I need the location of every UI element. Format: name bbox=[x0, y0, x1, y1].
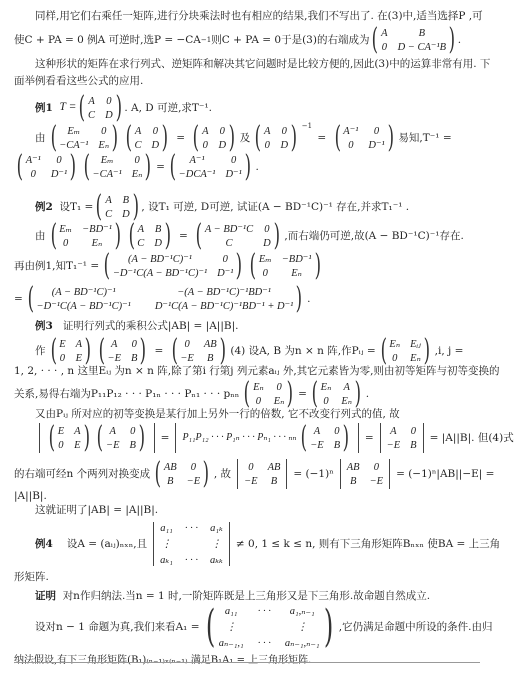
matrix-body: A0 CD bbox=[88, 95, 113, 122]
period: . bbox=[307, 293, 310, 306]
det-bar bbox=[39, 423, 40, 453]
text: , 故 bbox=[214, 468, 231, 481]
example-3-line7: |A||B|. bbox=[14, 490, 47, 503]
text: 对n作归纳法.当n = 1 时,一阶矩阵既是上三角形又是下三角形.故命题自然成立… bbox=[63, 590, 430, 602]
cell: C bbox=[137, 237, 144, 250]
matrix-body: (A − BD⁻¹C)⁻¹0−D⁻¹C(A − BD⁻¹C)⁻¹D⁻¹ bbox=[113, 253, 234, 280]
matrix: ( 0AB−EB) bbox=[169, 336, 229, 366]
matrix-body: EₙEᵢⱼ0Eₙ bbox=[389, 338, 421, 365]
left-paren: ( bbox=[79, 93, 85, 123]
cell: 0 bbox=[58, 439, 64, 452]
proof-line-1: 证明 对n作归纳法.当n = 1 时,一阶矩阵既是上三角形又是下三角形.故命题自… bbox=[35, 590, 430, 603]
equals: = bbox=[173, 132, 188, 145]
equals: = bbox=[14, 293, 23, 306]
example-3-line2: 1, 2, · · · , n 这里Eᵢⱼ 为n × n 阵,除了第i 行第j … bbox=[14, 365, 500, 378]
right-paren: ) bbox=[165, 221, 171, 251]
equals: = bbox=[151, 345, 166, 358]
det-bar bbox=[175, 423, 176, 453]
matrix-body: EₙA0Eₙ bbox=[321, 381, 352, 408]
matrix: ( (A − BD⁻¹C)⁻¹0−D⁻¹C(A − BD⁻¹C)⁻¹D⁻¹) bbox=[101, 251, 245, 281]
matrix-body: Eₙ00Eₙ bbox=[253, 381, 284, 408]
matrix: ( EₙA0Eₙ) bbox=[309, 379, 364, 409]
right-paren: ) bbox=[139, 423, 145, 453]
right-paren: ) bbox=[291, 123, 297, 153]
cell: AB bbox=[347, 461, 360, 474]
cell: −E bbox=[244, 475, 258, 488]
cell: −CA⁻¹ bbox=[93, 168, 122, 181]
cell: Eₙ bbox=[282, 267, 312, 280]
text: ,它仍满足命题中所设的条件.由归 bbox=[339, 621, 493, 634]
text: 设对n − 1 命题为真,我们来看A₁ = bbox=[35, 621, 200, 634]
left-paren: ( bbox=[49, 423, 55, 453]
matrix-body: A − BD⁻¹C0CD bbox=[205, 223, 271, 250]
text: = |A||B|. 但(4)式 bbox=[430, 432, 514, 445]
left-paren: ( bbox=[301, 423, 307, 453]
matrix: ( EA0E) bbox=[48, 336, 94, 366]
cell: A bbox=[108, 338, 122, 351]
cell: AB bbox=[204, 338, 217, 351]
cell: 0 bbox=[225, 154, 241, 167]
matrix-body: ABCD bbox=[137, 223, 162, 250]
right-paren: ) bbox=[112, 123, 118, 153]
cell: −E bbox=[387, 439, 401, 452]
right-paren: ) bbox=[449, 25, 455, 55]
cell: (A − BD⁻¹C)⁻¹ bbox=[113, 253, 207, 266]
left-paren: ( bbox=[205, 605, 214, 649]
right-paren: ) bbox=[83, 423, 89, 453]
left-paren: ( bbox=[380, 336, 386, 366]
example-3-statement: 例3 证明行列式的乘积公式|AB| = |A||B|. bbox=[35, 320, 238, 333]
cell: B bbox=[122, 194, 130, 207]
cell: Eₙ bbox=[321, 381, 332, 394]
text: 由 bbox=[35, 132, 46, 145]
determinant-body: a₁₁· · ·a₁ₖ ⋮⋮ aₖ₁· · ·aₖₖ bbox=[160, 522, 223, 567]
cell: 0 bbox=[253, 395, 264, 408]
text: 证明行列式的乘积公式|AB| = |A||B|. bbox=[63, 320, 239, 332]
example-3-line4: 又由Pᵢⱼ 所对应的初等变换是某行加上另外一行的倍数, 它不改变行列式的值, 故 bbox=[35, 408, 400, 421]
left-paren: ( bbox=[83, 152, 89, 182]
example-4-statement: 例4 设A = (aᵢⱼ)ₙₓₙ,且 a₁₁· · ·a₁ₖ ⋮⋮ aₖ₁· ·… bbox=[35, 522, 500, 566]
text: . A, D 可逆,求T⁻¹. bbox=[124, 102, 212, 115]
cell: A bbox=[264, 125, 270, 138]
matrix-body: A⁻¹00D⁻¹ bbox=[343, 125, 384, 152]
example-label: 例3 bbox=[35, 320, 53, 332]
matrix-body: AB 0D − CA⁻¹B bbox=[381, 27, 446, 54]
det-bar bbox=[380, 423, 381, 453]
cell: −DCA⁻¹ bbox=[179, 168, 216, 181]
cell: · · · bbox=[185, 554, 198, 567]
right-paren: ) bbox=[115, 93, 121, 123]
proof-line-2: 设对n − 1 命题为真,我们来看A₁ = ( a₁₁· · ·a₁,ₙ₋₁ ⋮… bbox=[35, 604, 492, 650]
det-bar bbox=[389, 459, 390, 489]
cell: 0 bbox=[259, 267, 272, 280]
cell: 0 bbox=[218, 125, 226, 138]
cell: B bbox=[334, 439, 340, 452]
cell: aₖ₁ bbox=[160, 554, 173, 567]
example-1-proof-line: 由 ( Eₘ0−CA⁻¹Eₙ) ( A0CD) = ( A00D) 及 ( A0… bbox=[35, 123, 452, 153]
cell: A⁻¹ bbox=[343, 125, 358, 138]
cell: E bbox=[59, 338, 65, 351]
cell: A bbox=[105, 194, 112, 207]
period: . bbox=[366, 388, 369, 401]
right-paren: ) bbox=[314, 251, 320, 281]
cell: Eₘ bbox=[59, 125, 88, 138]
left-paren: ( bbox=[171, 336, 177, 366]
cell: AB bbox=[268, 461, 281, 474]
left-paren: ( bbox=[104, 251, 110, 281]
text: ,而右端仍可逆,故(A − BD⁻¹C)⁻¹存在. bbox=[284, 230, 463, 243]
determinant-body: A0−EB bbox=[387, 425, 417, 452]
cell: 0 bbox=[321, 395, 332, 408]
cell: 0 bbox=[98, 125, 109, 138]
cell: 0 bbox=[202, 139, 208, 152]
cell: B bbox=[130, 439, 136, 452]
text: ≠ 0, 1 ≤ k ≤ n, 则有下三角形矩阵Bₙₓₙ 使BA = 上三角 bbox=[236, 538, 500, 551]
cell: · · · bbox=[258, 637, 271, 650]
cell: a₁,ₙ₋₁ bbox=[285, 605, 320, 618]
matrix-body: Eₘ0−CA⁻¹Eₙ bbox=[93, 154, 143, 181]
cell: ⋮ bbox=[285, 621, 320, 634]
cell: 0 bbox=[370, 461, 384, 474]
cell: E bbox=[76, 352, 82, 365]
cell: A⁻¹ bbox=[26, 154, 41, 167]
example-1-result-line: ( A⁻¹00D⁻¹) ( Eₘ0−CA⁻¹Eₙ) = ( A⁻¹0−DCA⁻¹… bbox=[14, 152, 259, 182]
matrix: ( AB0B−E) bbox=[152, 459, 212, 489]
cell: D bbox=[280, 139, 288, 152]
right-paren: ) bbox=[424, 336, 430, 366]
cell: Eₙ bbox=[410, 352, 421, 365]
equals: = bbox=[176, 230, 191, 243]
cell: A − BD⁻¹C bbox=[205, 223, 253, 236]
cell: C bbox=[205, 237, 253, 250]
right-paren: ) bbox=[387, 123, 393, 153]
matrix: ( A00D) bbox=[190, 123, 237, 153]
matrix-body: A⁻¹00D⁻¹ bbox=[26, 154, 67, 181]
matrix: ( Eₙ00Eₙ) bbox=[241, 379, 296, 409]
example-2-proof-line: 由 ( Eₘ−BD⁻¹0Eₙ) ( ABCD) = ( A − BD⁻¹C0CD… bbox=[35, 221, 464, 251]
text: 再由例1,知T₁⁻¹ = bbox=[14, 260, 99, 273]
cell: 0 bbox=[130, 425, 136, 438]
matrix: ( A⁻¹00D⁻¹) bbox=[332, 123, 397, 153]
cell: 0 bbox=[59, 237, 72, 250]
matrix: ( A − BD⁻¹C0CD) bbox=[193, 221, 282, 251]
right-paren: ) bbox=[296, 284, 302, 314]
cell: AB bbox=[164, 461, 177, 474]
left-paren: ( bbox=[98, 336, 104, 366]
cell: 0 bbox=[26, 168, 41, 181]
left-paren: ( bbox=[155, 459, 161, 489]
matrix-body: (A − BD⁻¹C)⁻¹−(A − BD⁻¹C)⁻¹BD⁻¹−D⁻¹C(A −… bbox=[37, 286, 294, 313]
cell: B bbox=[398, 27, 446, 40]
determinant-body: AB0B−E bbox=[347, 461, 383, 488]
cell: 0 bbox=[51, 154, 67, 167]
text: 易知,T⁻¹ = bbox=[398, 132, 451, 145]
cell: 0 bbox=[264, 139, 270, 152]
right-paren: ) bbox=[140, 336, 146, 366]
text: 关系,易得右端为P₁₁P₁₂ · · · P₁ₙ · · · Pₙ₁ · · ·… bbox=[14, 388, 239, 401]
cell: 0 bbox=[180, 338, 194, 351]
cell: ⋮ bbox=[219, 621, 244, 634]
cell: D⁻¹ bbox=[217, 267, 233, 280]
cell: B bbox=[268, 475, 281, 488]
cell: −E bbox=[187, 475, 201, 488]
matrix: ( Eₘ0−CA⁻¹Eₙ) bbox=[81, 152, 154, 182]
cell: D bbox=[263, 237, 271, 250]
cell: D bbox=[154, 237, 162, 250]
equals: = bbox=[298, 388, 307, 401]
left-paren: ( bbox=[50, 123, 56, 153]
cell: A bbox=[202, 125, 208, 138]
cell: a₁₁ bbox=[219, 605, 244, 618]
example-label: 例2 bbox=[35, 201, 53, 214]
left-paren: ( bbox=[27, 284, 33, 314]
left-paren: ( bbox=[128, 221, 134, 251]
det-bar bbox=[229, 522, 230, 566]
cell: Eₙ bbox=[98, 139, 109, 152]
cell: D⁻¹ bbox=[225, 168, 241, 181]
text: (4) 设A, B 为n × n 阵,作Pᵢⱼ = bbox=[230, 345, 375, 358]
right-paren: ) bbox=[236, 251, 242, 281]
example-1-statement: 例1 T = ( A0 CD ) . A, D 可逆,求T⁻¹. bbox=[35, 93, 212, 123]
example-3-line3: 关系,易得右端为P₁₁P₁₂ · · · P₁ₙ · · · Pₙ₁ · · ·… bbox=[14, 379, 369, 409]
paragraph-line: 使C + PA = 0 例A 可逆时,选P = −CA−1 则C + PA = … bbox=[14, 25, 461, 55]
matrix-A1: ( a₁₁· · ·a₁,ₙ₋₁ ⋮⋮ aₙ₋₁,₁· · ·aₙ₋₁,ₙ₋₁ … bbox=[202, 605, 337, 650]
cell: a₁₁ bbox=[160, 522, 173, 535]
text: 的右端可经n 个两列对换变成 bbox=[14, 468, 150, 481]
matrix: ( A0−EB) bbox=[96, 336, 149, 366]
left-paren: ( bbox=[244, 379, 250, 409]
cell: B bbox=[131, 352, 137, 365]
left-paren: ( bbox=[125, 123, 131, 153]
matrix-body: ABCD bbox=[105, 194, 130, 221]
equals: = bbox=[365, 432, 374, 445]
cell: D⁻¹ bbox=[368, 139, 384, 152]
right-paren: ) bbox=[343, 423, 349, 453]
cell: D⁻¹ bbox=[51, 168, 67, 181]
matrix-body: AB0B−E bbox=[164, 461, 200, 488]
example-4-statement-cont: 形矩阵. bbox=[14, 571, 49, 584]
example-2-line3: 再由例1,知T₁⁻¹ = ( (A − BD⁻¹C)⁻¹0−D⁻¹C(A − B… bbox=[14, 251, 323, 281]
cell bbox=[185, 538, 198, 551]
cell: 0 bbox=[105, 95, 113, 108]
text: , 设T₁ 可逆, D可逆, 试证(A − BD⁻¹C)⁻¹ 存在,并求T₁⁻¹… bbox=[141, 201, 409, 214]
cell: Eₙ bbox=[253, 381, 264, 394]
matrix: ( AB 0D − CA⁻¹B ) bbox=[369, 25, 457, 55]
det-bar bbox=[423, 423, 424, 453]
cell: B bbox=[154, 223, 162, 236]
cell: 0 bbox=[274, 381, 285, 394]
matrix-body: 0AB−EB bbox=[180, 338, 216, 365]
cell: A bbox=[341, 381, 352, 394]
cell: ⋮ bbox=[160, 538, 173, 551]
bottom-rule bbox=[14, 662, 480, 663]
matrix: ( A00D) bbox=[252, 123, 299, 153]
cell: A bbox=[76, 338, 82, 351]
left-paren: ( bbox=[193, 123, 199, 153]
left-paren: ( bbox=[334, 123, 340, 153]
cell: Eₘ bbox=[93, 154, 122, 167]
cell: −BD⁻¹ bbox=[82, 223, 112, 236]
cell: A bbox=[137, 223, 144, 236]
det-bar bbox=[286, 459, 287, 489]
left-paren: ( bbox=[50, 221, 56, 251]
matrix-body: EA0E bbox=[58, 425, 81, 452]
cell: · · · bbox=[185, 522, 198, 535]
text: P₁₁P₁₂ · · · P₁ₙ · · · Pₙ₁ · · · ₙₙ bbox=[182, 432, 296, 444]
left-paren: ( bbox=[372, 25, 378, 55]
left-paren: ( bbox=[96, 192, 102, 222]
paragraph-line: 同样,用它们右乘任一矩阵,进行分块乘法时也有相应的结果,我们不写出了. 在(3)… bbox=[35, 10, 483, 23]
left-paren: ( bbox=[250, 251, 256, 281]
cell: A bbox=[381, 27, 387, 40]
cell: −E bbox=[180, 352, 194, 365]
matrix-body: A0CD bbox=[135, 125, 160, 152]
determinant-body: 0AB−EB bbox=[244, 461, 280, 488]
cell: 0 bbox=[132, 154, 143, 167]
cell: Eₙ bbox=[132, 168, 143, 181]
cell: D⁻¹C(A − BD⁻¹C)⁻¹BD⁻¹ + D⁻¹ bbox=[155, 300, 294, 313]
matrix: ( A⁻¹0−DCA⁻¹D⁻¹) bbox=[167, 152, 254, 182]
right-paren: ) bbox=[323, 605, 332, 649]
cell: aₙ₋₁,ₙ₋₁ bbox=[285, 637, 320, 650]
left-paren: ( bbox=[312, 379, 318, 409]
matrix-body: Eₘ−BD⁻¹0Eₙ bbox=[59, 223, 112, 250]
text: 设T₁ = bbox=[60, 201, 94, 214]
cell: Eₙ bbox=[389, 338, 400, 351]
cell: −(A − BD⁻¹C)⁻¹BD⁻¹ bbox=[155, 286, 294, 299]
det-bar bbox=[153, 522, 154, 566]
matrix-body: Eₘ−BD⁻¹0Eₙ bbox=[259, 253, 312, 280]
cell: 0 bbox=[343, 139, 358, 152]
matrix-body: A0−EB bbox=[108, 338, 138, 365]
right-paren: ) bbox=[229, 123, 235, 153]
cell: A bbox=[310, 425, 324, 438]
matrix-body: EA0E bbox=[59, 338, 82, 365]
text: 作 bbox=[35, 345, 46, 358]
cell: (A − BD⁻¹C)⁻¹ bbox=[37, 286, 131, 299]
matrix: ( Eₘ−BD⁻¹0Eₙ) bbox=[247, 251, 323, 281]
left-paren: ( bbox=[255, 123, 261, 153]
textbook-page: 同样,用它们右乘任一矩阵,进行分块乘法时也有相应的结果,我们不写出了. 在(3)… bbox=[0, 0, 517, 677]
example-label: 例1 bbox=[35, 102, 53, 115]
cell: 0 bbox=[381, 41, 387, 54]
right-paren: ) bbox=[70, 152, 76, 182]
text: = (−1)ⁿ bbox=[293, 468, 333, 481]
left-paren: ( bbox=[196, 221, 202, 251]
cell: A⁻¹ bbox=[179, 154, 216, 167]
cell bbox=[258, 621, 271, 634]
right-paren: ) bbox=[85, 336, 91, 366]
proof-label: 证明 bbox=[35, 590, 56, 602]
matrix-T: ( A0 CD ) bbox=[76, 93, 124, 123]
example-2-result: = ( (A − BD⁻¹C)⁻¹−(A − BD⁻¹C)⁻¹BD⁻¹−D⁻¹C… bbox=[14, 284, 310, 314]
cell: A bbox=[74, 425, 80, 438]
cell: D − CA⁻¹B bbox=[398, 41, 446, 54]
left-paren: ( bbox=[50, 336, 56, 366]
text: 设A = (aᵢⱼ)ₙₓₙ,且 bbox=[67, 538, 147, 551]
cell: 0 bbox=[280, 125, 288, 138]
matrix: ( Eₘ−BD⁻¹0Eₙ) bbox=[48, 221, 124, 251]
matrix-body: A00D bbox=[202, 125, 226, 152]
matrix-body: A00D bbox=[264, 125, 288, 152]
text: T = bbox=[60, 101, 77, 115]
cell: 0 bbox=[334, 425, 340, 438]
cell: −D⁻¹C(A − BD⁻¹C)⁻¹ bbox=[113, 267, 207, 280]
cell: 0 bbox=[410, 425, 416, 438]
right-paren: ) bbox=[114, 221, 120, 251]
cell: B bbox=[410, 439, 416, 452]
period: . bbox=[255, 161, 258, 174]
cell: E bbox=[58, 425, 64, 438]
cell: aₙ₋₁,₁ bbox=[219, 637, 244, 650]
cell: B bbox=[347, 475, 360, 488]
left-paren: ( bbox=[97, 423, 103, 453]
cell: C bbox=[105, 208, 112, 221]
cell: 0 bbox=[217, 253, 233, 266]
matrix: ( ABCD) bbox=[126, 221, 174, 251]
cell: a₁ₖ bbox=[210, 522, 223, 535]
paragraph-line: 面举例看看这些公式的应用. bbox=[14, 75, 143, 88]
det-bar bbox=[154, 423, 155, 453]
cell: B bbox=[164, 475, 177, 488]
cell: ⋮ bbox=[210, 538, 223, 551]
cell: 0 bbox=[244, 461, 258, 474]
cell: aₖₖ bbox=[210, 554, 223, 567]
text: 及 bbox=[240, 132, 251, 145]
right-paren: ) bbox=[355, 379, 361, 409]
det-bar bbox=[340, 459, 341, 489]
right-paren: ) bbox=[219, 336, 225, 366]
cell: A bbox=[88, 95, 95, 108]
matrix: ( A0−EB) bbox=[298, 423, 351, 453]
example-label: 例4 bbox=[35, 538, 53, 551]
cell: −E bbox=[310, 439, 324, 452]
cell: 0 bbox=[368, 125, 384, 138]
period: . bbox=[458, 34, 461, 47]
cell: 0 bbox=[389, 352, 400, 365]
matrix: ( EA0E) bbox=[46, 423, 92, 453]
cell: −D⁻¹C(A − BD⁻¹C)⁻¹ bbox=[37, 300, 131, 313]
text: 则C + PA = 0于是(3)的右端成为 bbox=[211, 34, 369, 47]
cell: A bbox=[106, 425, 120, 438]
cell: E bbox=[74, 439, 80, 452]
cell: −BD⁻¹ bbox=[282, 253, 312, 266]
cell: · · · bbox=[258, 605, 271, 618]
cell: A bbox=[387, 425, 401, 438]
text: ,i, j = bbox=[435, 345, 464, 358]
matrix-body: A0−EB bbox=[106, 425, 136, 452]
example-3-equation-4: 作 ( EA0E) ( A0−EB) = ( 0AB−EB) (4) 设A, B… bbox=[35, 336, 463, 366]
example-3-conclusion: 这就证明了|AB| = |A||B|. bbox=[35, 504, 158, 517]
cell: D bbox=[218, 139, 226, 152]
cell: C bbox=[135, 139, 142, 152]
text: 使C + PA = 0 例A 可逆时,选P = −CA bbox=[14, 34, 201, 47]
left-paren: ( bbox=[170, 152, 176, 182]
cell: 0 bbox=[187, 461, 201, 474]
right-paren: ) bbox=[287, 379, 293, 409]
right-paren: ) bbox=[244, 152, 250, 182]
cell: −E bbox=[370, 475, 384, 488]
cell: −E bbox=[108, 352, 122, 365]
cell: Eᵢⱼ bbox=[410, 338, 421, 351]
cell: B bbox=[204, 352, 217, 365]
cell: Eₘ bbox=[259, 253, 272, 266]
matrix-body: a₁₁· · ·a₁,ₙ₋₁ ⋮⋮ aₙ₋₁,₁· · ·aₙ₋₁,ₙ₋₁ bbox=[219, 605, 320, 650]
example-2-statement: 例2 设T₁ = ( ABCD) , 设T₁ 可逆, D可逆, 试证(A − B… bbox=[35, 192, 409, 222]
right-paren: ) bbox=[203, 459, 209, 489]
matrix-body: Eₘ0−CA⁻¹Eₙ bbox=[59, 125, 109, 152]
cell: C bbox=[88, 109, 95, 122]
